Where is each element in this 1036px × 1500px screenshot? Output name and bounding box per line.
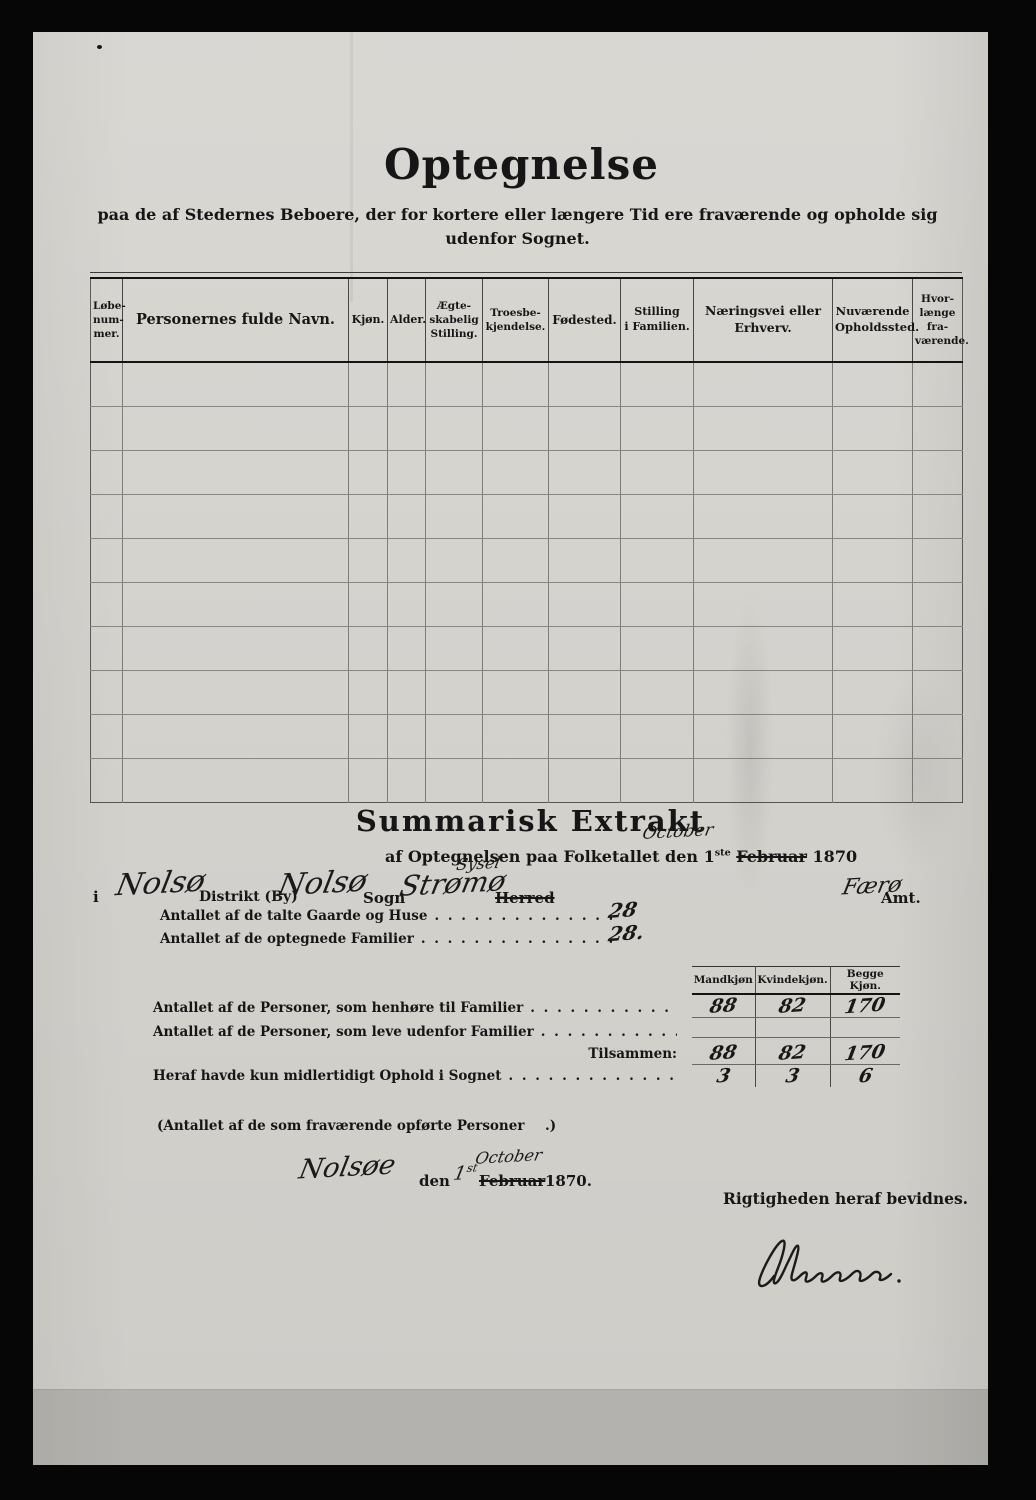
table-cell [426,495,483,539]
column-header: Fødested. [549,278,621,362]
dot-leader: . . . . . . . . . . . . . . . . . . . . … [427,908,612,924]
table-cell [833,495,913,539]
table-row [91,539,963,583]
handwritten-month-correction: October [641,820,715,844]
column-header: Kjøn. [349,278,388,362]
table-cell [426,627,483,671]
table-cell [483,671,549,715]
table-cell [426,671,483,715]
column-header: Stillingi Familien. [621,278,694,362]
table-cell [694,495,833,539]
table-cell [349,627,388,671]
table-cell [349,539,388,583]
table-cell [549,759,621,803]
table-cell [483,539,549,583]
stats-row-label-total: Tilsammen: [153,1046,677,1062]
table-row [91,451,963,495]
dot-leader: . . . . . . . . . . . . . . . . . . . . … [523,1000,677,1016]
table-cell [349,715,388,759]
table-cell [388,627,426,671]
absence-table-wrapper: Løbe-num-mer.Personernes fulde Navn.Kjøn… [90,277,962,803]
struck-printed-month: Februar [479,1172,545,1190]
table-row [91,495,963,539]
stats-row: 336 [692,1065,900,1088]
handwritten-value: 82 [777,994,808,1018]
table-cell [694,671,833,715]
stats-cell: 88 [692,994,755,1018]
table-cell [621,495,694,539]
table-cell [349,495,388,539]
dot-leader: . . . . . . . . . . . . . . . . . . . . … [414,931,612,947]
table-cell [91,539,123,583]
table-cell [833,362,913,407]
table-cell [694,362,833,407]
table-cell [426,451,483,495]
table-row [91,583,963,627]
stats-cell: 6 [830,1065,900,1088]
table-cell [694,583,833,627]
table-cell [913,362,963,407]
table-row [91,362,963,407]
table-cell [549,583,621,627]
table-cell [349,451,388,495]
stats-row-label-in-families: Antallet af de Personer, som henhøre til… [153,1000,677,1016]
table-cell [913,451,963,495]
table-cell [694,407,833,451]
stats-cell: 82 [755,994,830,1018]
handwritten-houses-count: 28 [607,897,640,923]
stats-row: 8882170 [692,1038,900,1065]
column-header: Næringsvei eller Erhverv. [694,278,833,362]
table-cell [426,362,483,407]
table-cell [549,715,621,759]
table-cell [833,407,913,451]
stats-cell [692,1018,755,1038]
table-cell [833,539,913,583]
page-subtitle-line1: paa de af Stedernes Beboere, der for kor… [97,205,937,224]
table-cell [913,715,963,759]
table-cell [913,671,963,715]
table-cell [91,715,123,759]
table-cell [621,671,694,715]
table-cell [388,495,426,539]
table-cell [91,362,123,407]
stats-column-header: Kvindekjøn. [755,967,830,995]
handwritten-value: 170 [843,1041,887,1066]
column-header: Ægte-skabeligStilling. [426,278,483,362]
table-cell [123,583,349,627]
stats-column-header: Mandkjøn [692,967,755,995]
scan-background: { "colors": {"background":"#060606","pap… [0,0,1036,1500]
table-cell [621,362,694,407]
column-header: Troesbe-kjendelse. [483,278,549,362]
table-cell [388,715,426,759]
signature [746,1232,916,1306]
stats-cell: 88 [692,1038,755,1065]
table-row [91,759,963,803]
scan-shadow-band [33,1389,988,1466]
column-header: Løbe-num-mer. [91,278,123,362]
count-houses-label: Antallet af de talte Gaarde og Huse [160,908,427,924]
stats-row-label-outside-families: Antallet af de Personer, som leve udenfo… [153,1024,677,1040]
extract-title: Summarisk Extrakt [33,804,988,838]
table-cell [426,407,483,451]
date-den-label: den [419,1172,450,1190]
table-cell [349,583,388,627]
stats-cell: 3 [692,1065,755,1088]
column-header: NuværendeOpholdssted. [833,278,913,362]
table-cell [483,451,549,495]
table-cell [621,451,694,495]
count-families-label: Antallet af de optegnede Familier [160,931,414,947]
signature-stroke [746,1232,916,1302]
table-cell [123,495,349,539]
table-cell [388,407,426,451]
handwritten-value: 3 [715,1065,732,1088]
absence-table: Løbe-num-mer.Personernes fulde Navn.Kjøn… [90,277,963,803]
table-cell [483,495,549,539]
extract-year: 1870 [813,847,858,866]
table-cell [91,451,123,495]
table-cell [913,627,963,671]
stats-header-row: MandkjønKvindekjøn.Begge Kjøn. [692,967,900,995]
struck-herred-label: Herred [495,889,555,907]
table-cell [913,583,963,627]
table-cell [123,451,349,495]
handwritten-district: Nolsø [113,864,208,904]
table-cell [833,583,913,627]
table-cell [91,495,123,539]
table-cell [91,671,123,715]
dot-leader: . . . . . . . . . . . . . . . . . . . . … [501,1068,677,1084]
table-cell [549,362,621,407]
scan-speck [97,45,102,49]
table-cell [123,759,349,803]
table-cell [123,539,349,583]
table-cell [483,627,549,671]
table-cell [913,539,963,583]
label-text: Tilsammen: [588,1046,677,1062]
table-cell [388,539,426,583]
stats-column-header: Begge Kjøn. [830,967,900,995]
handwritten-value: 6 [857,1065,874,1088]
table-row [91,407,963,451]
column-header: Alder. [388,278,426,362]
stats-table: MandkjønKvindekjøn.Begge Kjøn.8882170888… [692,966,900,1087]
page-subtitle: paa de af Stedernes Beboere, der for kor… [33,203,988,251]
table-cell [621,715,694,759]
stats-cell: 3 [755,1065,830,1088]
table-cell [621,539,694,583]
handwritten-value: 3 [784,1065,801,1088]
table-cell [694,759,833,803]
table-cell [91,407,123,451]
amt-label: Amt. [881,889,921,907]
table-cell [426,583,483,627]
table-cell [694,539,833,583]
table-cell [833,451,913,495]
table-cell [426,715,483,759]
handwritten-parish: Nolsø [275,864,370,904]
stats-row-label-temporary: Heraf havde kun midlertidigt Ophold i So… [153,1068,677,1084]
column-header: Personernes fulde Navn. [123,278,349,362]
table-cell [549,539,621,583]
table-cell [483,407,549,451]
page-title: Optegnelse [33,140,988,189]
table-cell [123,362,349,407]
dot-leader: . . . . . . . . . . . . . . . . . . . . … [534,1024,677,1040]
table-cell [388,362,426,407]
table-cell [426,759,483,803]
table-cell [833,759,913,803]
table-cell [483,583,549,627]
table-cell [388,583,426,627]
stats-cell: 170 [830,1038,900,1065]
extract-subtitle: af Optegnelsen paa Folketallet den 1ste … [385,847,857,866]
paper-sheet: Optegnelse paa de af Stedernes Beboere, … [33,32,988,1465]
table-cell [426,539,483,583]
table-cell [833,627,913,671]
column-header: Hvor-længefra-værende. [913,278,963,362]
table-cell [833,715,913,759]
table-cell [621,759,694,803]
stats-cell: 82 [755,1038,830,1065]
printed-year: 1870. [545,1172,592,1190]
page-subtitle-line2: udenfor Sognet. [445,229,589,248]
stats-cell [830,1018,900,1038]
stats-cell [755,1018,830,1038]
table-cell [621,627,694,671]
header-row: Løbe-num-mer.Personernes fulde Navn.Kjøn… [91,278,963,362]
handwritten-value: 82 [777,1041,808,1065]
table-cell [621,583,694,627]
table-cell [91,627,123,671]
table-cell [349,759,388,803]
table-cell [123,671,349,715]
table-cell [694,627,833,671]
table-cell [91,759,123,803]
handwritten-sysel: Sysel [455,853,502,874]
struck-month: Februar [736,847,807,866]
table-cell [483,362,549,407]
table-row [91,671,963,715]
table-cell [388,671,426,715]
table-row [91,627,963,671]
label-text: Antallet af de Personer, som henhøre til… [153,1000,523,1016]
ordinal-suffix: ste [715,848,731,859]
footnote-text: (Antallet af de som fraværende opførte P… [157,1118,524,1134]
table-cell [388,451,426,495]
table-cell [913,407,963,451]
table-cell [91,583,123,627]
handwritten-month: October [474,1145,544,1167]
count-houses-row: Antallet af de talte Gaarde og Huse . . … [160,908,612,924]
table-cell [123,627,349,671]
table-cell [349,671,388,715]
table-cell [549,627,621,671]
handwritten-value: 170 [843,994,887,1019]
stats-table-wrapper: MandkjønKvindekjøn.Begge Kjøn.8882170888… [692,966,900,1087]
table-cell [694,715,833,759]
footnote-close: .) [545,1118,556,1134]
table-cell [621,407,694,451]
table-cell [913,495,963,539]
table-cell [388,759,426,803]
label-text: Antallet af de Personer, som leve udenfo… [153,1024,534,1040]
handwritten-value: 88 [708,994,739,1018]
label-text: Heraf havde kun midlertidigt Ophold i So… [153,1068,501,1084]
table-row [91,715,963,759]
table-cell [913,759,963,803]
table-cell [549,407,621,451]
extract-subtitle-text: af Optegnelsen paa Folketallet den 1 [385,847,715,866]
stats-row [692,1018,900,1038]
handwritten-families-count: 28. [607,920,647,946]
table-cell [483,715,549,759]
attestation-text: Rigtigheden heraf bevidnes. [723,1189,968,1208]
table-cell [833,671,913,715]
table-cell [349,362,388,407]
table-cell [549,671,621,715]
handwritten-value: 88 [708,1041,739,1065]
district-line-i: i [93,888,99,906]
table-cell [483,759,549,803]
table-cell [123,715,349,759]
table-cell [123,407,349,451]
table-cell [694,451,833,495]
table-cell [549,451,621,495]
handwritten-place: Nolsøe [296,1150,398,1186]
stats-cell: 170 [830,994,900,1018]
stats-row: 8882170 [692,994,900,1018]
table-cell [349,407,388,451]
count-families-row: Antallet af de optegnede Familier . . . … [160,931,612,947]
table-cell [549,495,621,539]
